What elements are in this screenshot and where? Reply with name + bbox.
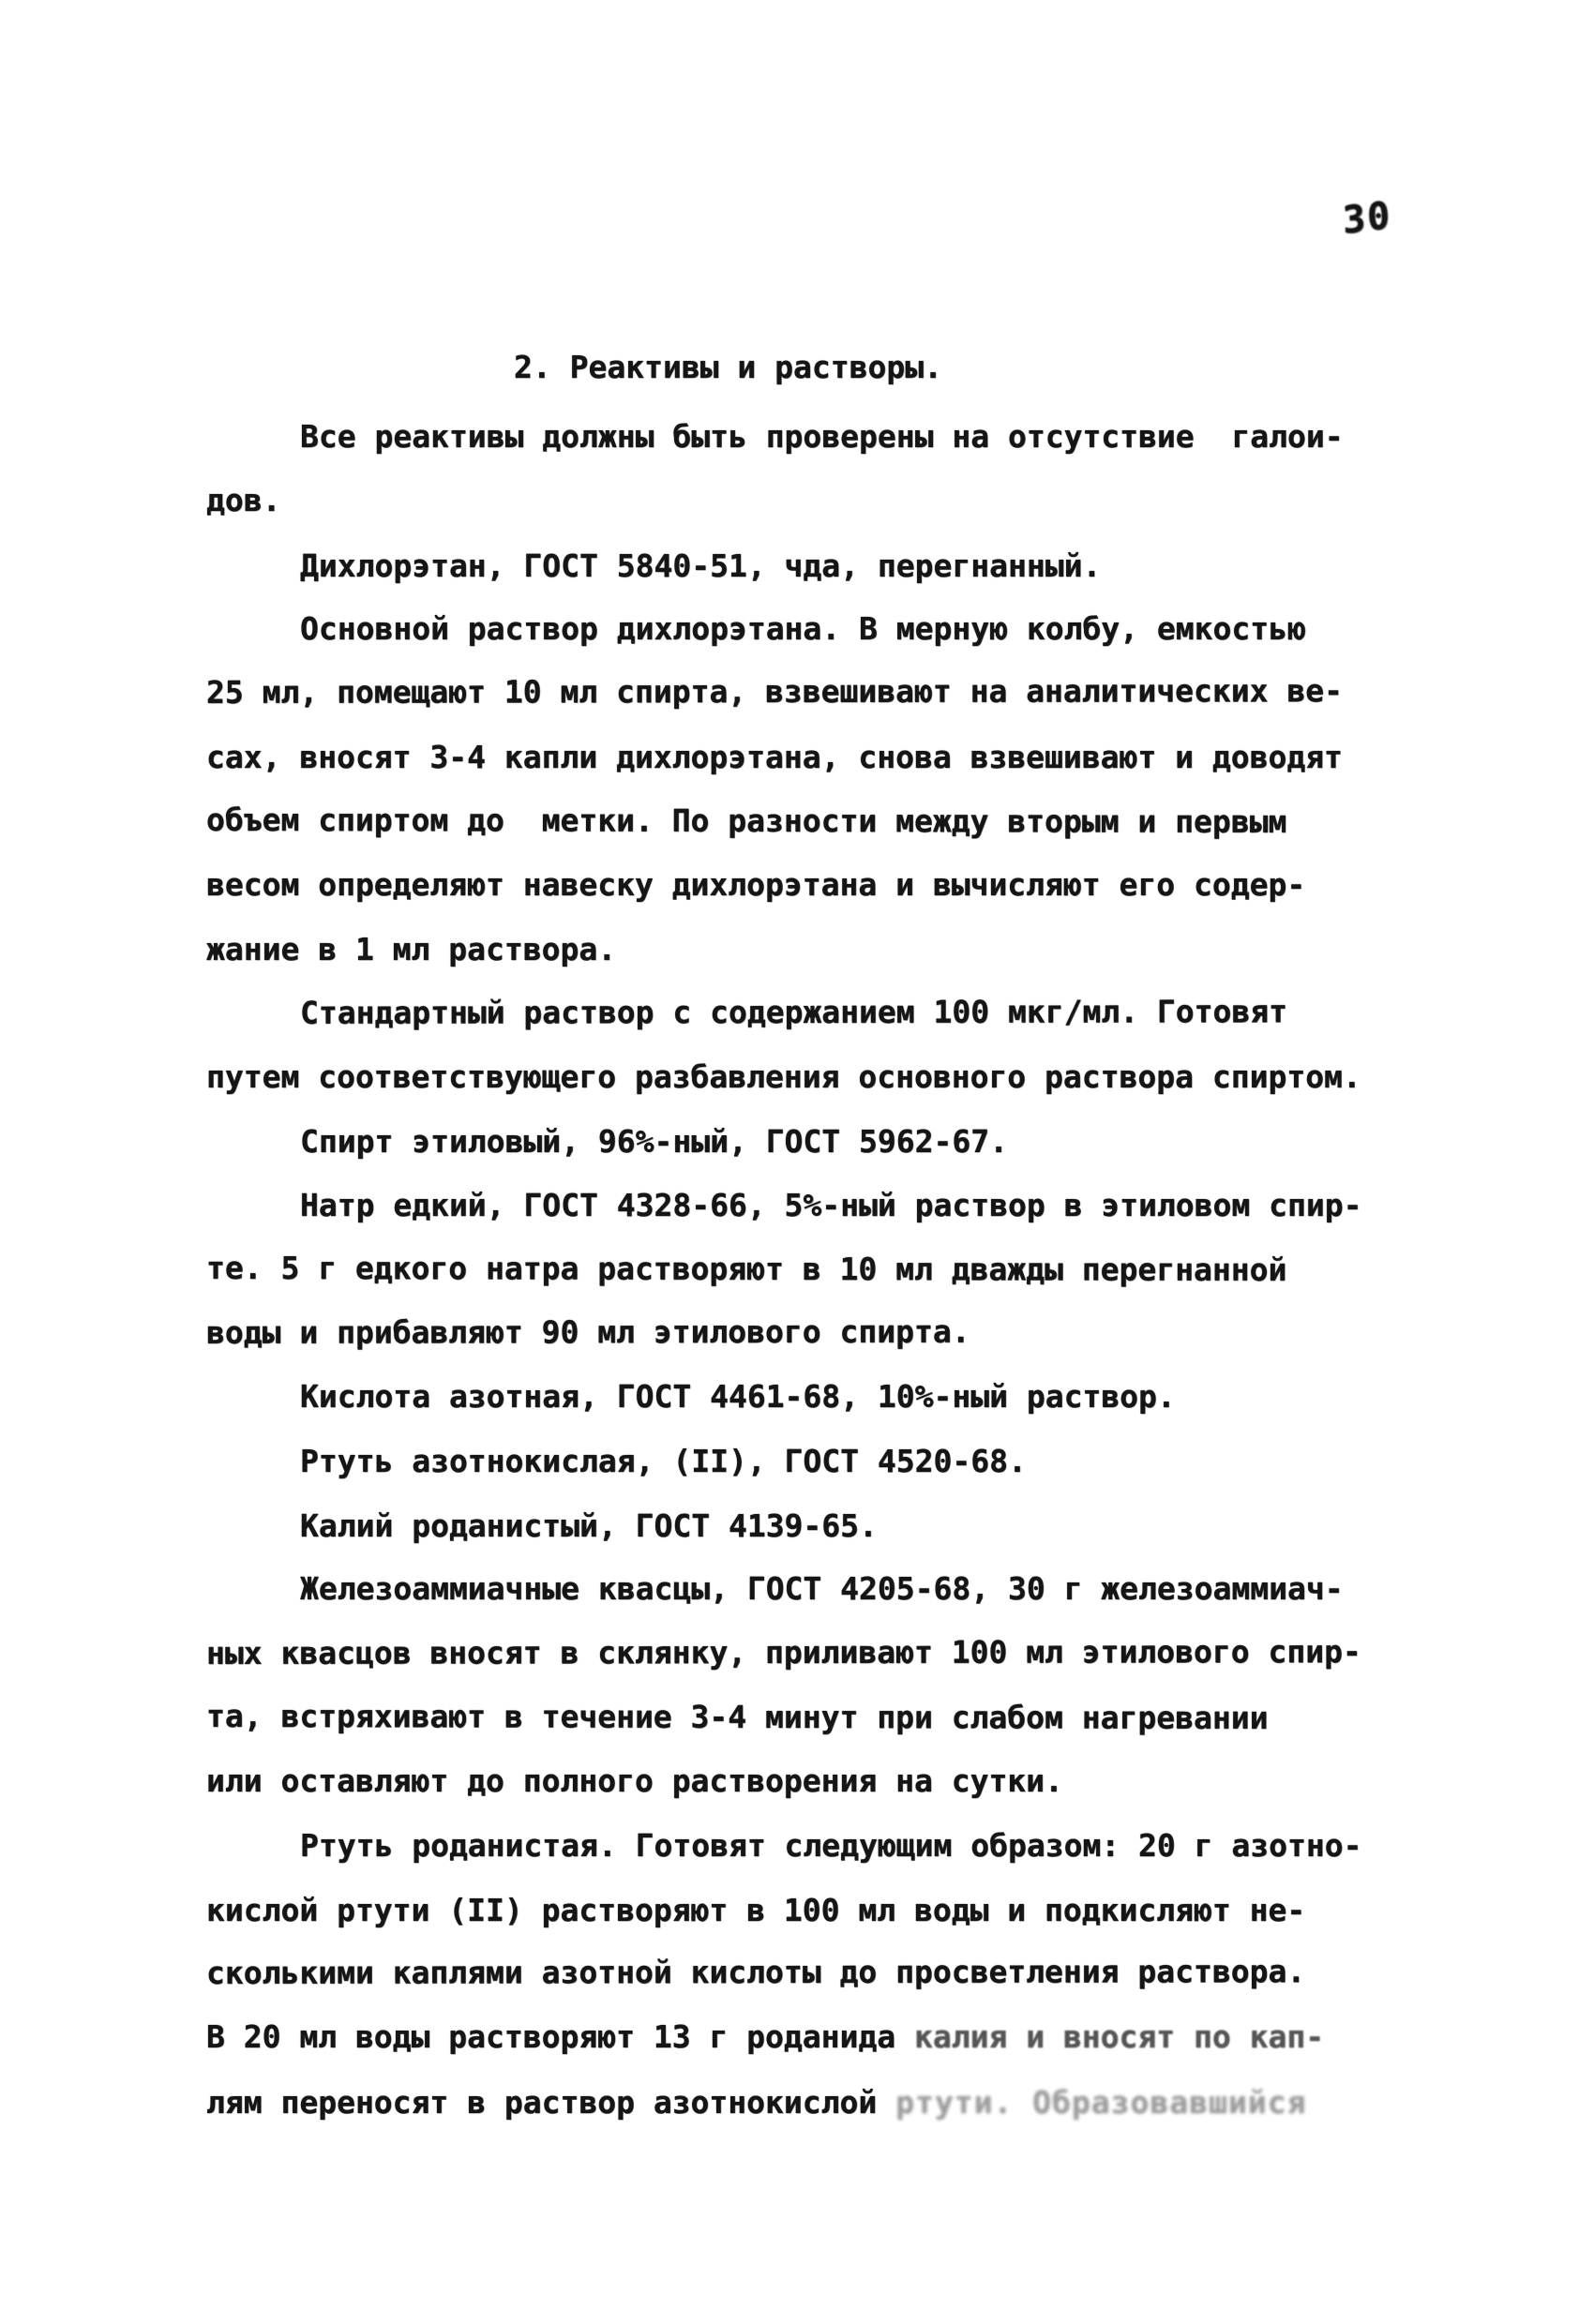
page-number: 30 [1342,194,1392,243]
text-line: лям переносят в раствор азотнокислой рту… [206,2071,1388,2135]
text-segment: Натр едкий, ГОСТ 4328-66, 5%-ный раствор… [300,1187,1361,1223]
text-segment: дов. [206,482,280,518]
text-line: весом определяют навеску дихлорэтана и в… [206,853,1388,917]
text-line: те. 5 г едкого натра растворяют в 10 мл … [206,1237,1388,1302]
text-line: 25 мл, помещают 10 мл спирта, взвешивают… [206,659,1388,725]
text-segment: Ртуть азотнокислая, (II), ГОСТ 4520-68. [300,1443,1027,1479]
text-segment: те. 5 г едкого натра растворяют в 10 мл … [206,1250,1286,1288]
text-segment: Калий роданистый, ГОСТ 4139-65. [300,1507,878,1544]
text-line: та, встряхивают в течение 3-4 минут при … [206,1685,1388,1750]
text-line: Калий роданистый, ГОСТ 4139-65. [206,1494,1388,1558]
text-line: Спирт этиловый, 96%-ный, ГОСТ 5962-67. [206,1110,1388,1174]
text-segment: В 20 мл воды растворяют 13 г роданида [206,2018,914,2055]
text-line: дов. [206,469,1388,532]
text-segment: Все реактивы должны быть проверены на от… [300,418,1344,455]
text-segment: Ртуть роданистая. Готовят следующим обра… [300,1827,1361,1864]
text-line: воды и прибавляют 90 мл этилового спирта… [206,1299,1388,1365]
faded-text-segment: ртути. Образовавшийся [895,2084,1306,2121]
text-line: Основной раствор дихлорэтана. В мерную к… [206,597,1388,661]
text-line: Железоаммиачные квасцы, ГОСТ 4205-68, 30… [206,1557,1388,1621]
text-line: или оставляют до полного растворения на … [206,1749,1388,1813]
text-line: кислой ртути (II) растворяют в 100 мл во… [206,1879,1388,1942]
text-line: Дихлорэтан, ГОСТ 5840-51, чда, перегнанн… [206,534,1388,598]
text-segment: воды и прибавляют 90 мл этилового спирта… [206,1313,970,1351]
text-segment: сколькими каплями азотной кислоты до про… [206,1953,1305,1991]
text-line: сколькими каплями азотной кислоты до про… [206,1940,1388,2005]
text-line: объем спиртом до метки. По разности межд… [206,788,1388,854]
scanned-document-page: 30 2. Реактивы и растворы. Все реактивы … [0,0,1594,2324]
text-line: ных квасцов вносят в склянку, приливают … [206,1620,1388,1686]
text-segment: весом определяют навеску дихлорэтана и в… [206,866,1305,903]
text-segment: жание в 1 мл раствора. [206,931,616,967]
text-segment: Дихлорэтан, ГОСТ 5840-51, чда, перегнанн… [300,547,1101,584]
text-line: Стандартный раствор с содержанием 100 мк… [206,980,1388,1045]
text-segment: Кислота азотная, ГОСТ 4461-68, 10%-ный р… [300,1378,1176,1415]
body-text-block: Все реактивы должны быть проверены на от… [206,405,1388,2134]
text-line: путем соответствующего разбавления основ… [206,1045,1388,1109]
text-segment: Железоаммиачные квасцы, ГОСТ 4205-68, 30… [300,1570,1344,1607]
text-segment: сах, вносят 3-4 капли дихлорэтана, снова… [206,739,1343,775]
text-line: Натр едкий, ГОСТ 4328-66, 5%-ный раствор… [206,1174,1388,1237]
text-segment: лям переносят в раствор азотнокислой [206,2084,895,2121]
text-line: Кислота азотная, ГОСТ 4461-68, 10%-ный р… [206,1365,1388,1429]
text-segment: кислой ртути (II) растворяют в 100 мл во… [206,1892,1305,1928]
text-line: сах, вносят 3-4 капли дихлорэтана, снова… [206,726,1388,789]
section-heading: 2. Реактивы и растворы. [514,349,942,385]
text-segment: Основной раствор дихлорэтана. В мерную к… [300,610,1306,647]
text-segment: 25 мл, помещают 10 мл спирта, взвешивают… [206,672,1343,711]
text-segment: Спирт этиловый, 96%-ный, ГОСТ 5962-67. [300,1123,1008,1160]
text-segment: та, встряхивают в течение 3-4 минут при … [206,1698,1269,1736]
text-segment: путем соответствующего разбавления основ… [206,1058,1361,1095]
text-segment: объем спиртом до метки. По разности межд… [206,802,1286,840]
text-line: жание в 1 мл раствора. [206,918,1388,982]
text-line: В 20 мл воды растворяют 13 г роданида ка… [206,2005,1388,2069]
text-segment: Стандартный раствор с содержанием 100 мк… [300,993,1287,1030]
text-line: Ртуть роданистая. Готовят следующим обра… [206,1814,1388,1878]
text-segment: ных квасцов вносят в склянку, приливают … [206,1633,1361,1672]
faded-text-segment: калия и вносят по кап- [914,2018,1324,2055]
text-line: Все реактивы должны быть проверены на от… [206,405,1388,469]
text-line: Ртуть азотнокислая, (II), ГОСТ 4520-68. [206,1430,1388,1493]
text-segment: или оставляют до полного растворения на … [206,1762,1063,1799]
